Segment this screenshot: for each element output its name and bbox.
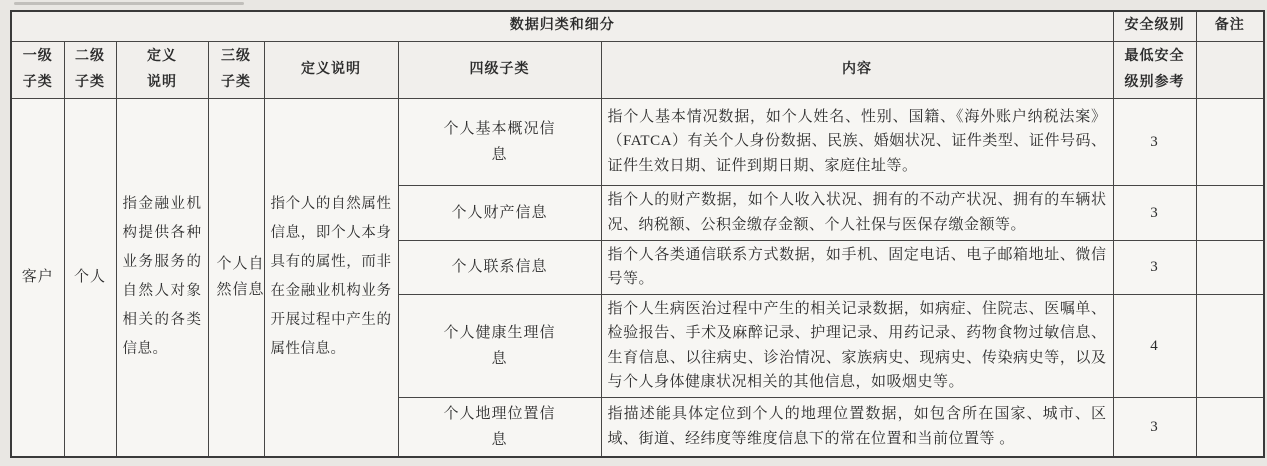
cell-security-level: 3 xyxy=(1113,98,1196,185)
cell-level3-definition: 指个人的自然属性信息，即个人本身具有的属性，而非在金融业机构业务开展过程中产生的… xyxy=(264,98,398,457)
cell-subcategory: 个人基本概况信息 xyxy=(398,98,601,185)
header-remarks-sub xyxy=(1196,41,1264,98)
scan-artifact xyxy=(14,2,244,5)
cell-remark xyxy=(1196,98,1264,185)
cell-level3-category: 个人自然信息 xyxy=(208,98,264,457)
cell-security-level: 3 xyxy=(1113,185,1196,240)
table-row: 客户 个人 指金融业机构提供各种业务服务的自然人对象相关的各类信息。 个人自然信… xyxy=(11,98,1264,185)
header-col-definition2: 定义说明 xyxy=(264,41,398,98)
cell-security-level: 4 xyxy=(1113,294,1196,397)
header-col-definition1: 定义说明 xyxy=(116,41,208,98)
cell-level1-category: 客户 xyxy=(11,98,64,457)
header-col-content: 内容 xyxy=(601,41,1113,98)
cell-remark xyxy=(1196,294,1264,397)
data-classification-table: 数据归类和细分 安全级别 备注 一级子类 二级子类 定义说明 三级子类 定义说明… xyxy=(10,10,1265,458)
cell-subcategory: 个人财产信息 xyxy=(398,185,601,240)
cell-level2-definition: 指金融业机构提供各种业务服务的自然人对象相关的各类信息。 xyxy=(116,98,208,457)
cell-remark xyxy=(1196,397,1264,457)
cell-subcategory: 个人联系信息 xyxy=(398,240,601,294)
cell-content: 指描述能具体定位到个人的地理位置数据，如包含所在国家、城市、区域、街道、经纬度等… xyxy=(601,397,1113,457)
cell-security-level: 3 xyxy=(1113,397,1196,457)
cell-security-level: 3 xyxy=(1113,240,1196,294)
header-security-sub: 最低安全级别参考 xyxy=(1113,41,1196,98)
cell-remark xyxy=(1196,185,1264,240)
cell-content: 指个人基本情况数据，如个人姓名、性别、国籍、《海外账户纳税法案》（FATCA）有… xyxy=(601,98,1113,185)
header-col-level3: 三级子类 xyxy=(208,41,264,98)
header-col-level1: 一级子类 xyxy=(11,41,64,98)
cell-subcategory: 个人健康生理信息 xyxy=(398,294,601,397)
cell-subcategory: 个人地理位置信息 xyxy=(398,397,601,457)
header-remarks: 备注 xyxy=(1196,11,1264,41)
header-group-title: 数据归类和细分 xyxy=(11,11,1113,41)
cell-content: 指个人生病医治过程中产生的相关记录数据，如病症、住院志、医嘱单、检验报告、手术及… xyxy=(601,294,1113,397)
header-col-level4: 四级子类 xyxy=(398,41,601,98)
header-security-level: 安全级别 xyxy=(1113,11,1196,41)
cell-content: 指个人的财产数据，如个人收入状况、拥有的不动产状况、拥有的车辆状况、纳税额、公积… xyxy=(601,185,1113,240)
cell-content: 指个人各类通信联系方式数据，如手机、固定电话、电子邮箱地址、微信号等。 xyxy=(601,240,1113,294)
header-col-level2: 二级子类 xyxy=(64,41,116,98)
cell-level2-category: 个人 xyxy=(64,98,116,457)
cell-remark xyxy=(1196,240,1264,294)
